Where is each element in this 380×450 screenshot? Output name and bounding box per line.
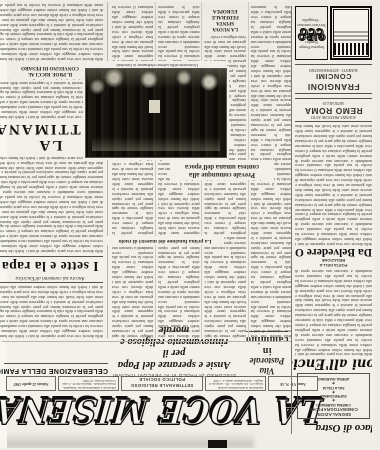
right-headline: CELEBRAZIONE DELLA FAMIGLIA CRISTIANA: [10, 367, 108, 376]
header-rule: [2, 341, 292, 342]
cinema-item: SUPERCINEMA: [300, 394, 367, 399]
body-text: della diocesi con viva parte cipazione d…: [0, 2, 103, 61]
body-text: della diocesi con viva parte cipazione d…: [295, 124, 372, 246]
sette-eyebrow: Ancora sui commenti all'Enciclica: [0, 274, 103, 280]
cinema-title-line1: SEGNALAZIONI: [300, 411, 367, 416]
bottom-ad-row: Impresa Pompe Funebri GIROCCO Servizio c…: [295, 6, 372, 60]
ad-frangioni: FRANGIONI CONCIMI SEMENTI - ANTIPARASSIT…: [295, 64, 372, 94]
photo-highlight: [92, 137, 220, 151]
ad-girocco: Impresa Pompe Funebri GIROCCO Servizio c…: [295, 6, 328, 60]
column-subhead-line2: FEDERALE EUROPEA: [212, 8, 239, 19]
rubric-line1: Vita Pastorale: [242, 356, 292, 376]
cinema-title-line2: CINEMATOGRAFICHE: [300, 407, 367, 412]
prevale-line2: contesa umana dell'epoca: [185, 163, 259, 170]
column-subhead: LA NUOVA SPINTA FEDERALE EUROPEA: [205, 7, 246, 31]
star-separator: ★: [300, 390, 367, 394]
photo-caption: Un momento della solenne celebrazione in…: [87, 61, 227, 68]
ad-girocco-bottom: Servizio continuo - Senigallia: [297, 17, 326, 27]
news-photo: [85, 68, 227, 158]
ad-girocco-name: GIROCCO: [297, 28, 326, 38]
enciclica-headline-clipped: oni all'Enciclica: [295, 356, 372, 371]
cinema-item: ARENA GIARDINO: [300, 376, 367, 381]
belvedere-eyebrow-line1: POSTA DELLA: [320, 263, 348, 268]
photo-detail: [149, 100, 160, 113]
subscription-info: Spedizione in abbonamento postale Gruppo…: [205, 376, 266, 391]
subtitle-line2: POLITICO SOCIALE: [139, 378, 185, 383]
ad-framed-box: [330, 6, 372, 60]
ad-remo-name: REMO ROMA: [295, 105, 372, 115]
masthead-infoband: Anno VI - N. 16 Spedizione in abbonament…: [6, 376, 318, 391]
star-separator: ★: [300, 381, 367, 385]
sette-feature: Ancora sui commenti all'Enciclica I sett…: [0, 256, 103, 283]
ad-text-line: [334, 31, 368, 33]
column-subhead-line1: IL PROF. RICCI AL: [28, 71, 73, 76]
ad-frangioni-name2: CONCIMI: [295, 72, 372, 82]
belvedere-eyebrow-line2: REDAZIONE: [322, 258, 346, 263]
right-headline-rule: [4, 363, 108, 364]
newspaper-scan: LA VOCE MISENA Anno VI - N. 16 Spedizion…: [0, 0, 380, 450]
paper-subtitle: SETTIMANALE RELIGIOSO POLITICO SOCIALE: [121, 376, 204, 391]
main-headline-line1: Ansie e speranze del Papa per il: [118, 348, 231, 371]
ad-text-line: [334, 39, 368, 41]
ad-logo-bars: [334, 43, 368, 55]
kicker: DISCORSO DI PAOLO VI AI VESCOVI ITALIANI: [110, 372, 238, 378]
belvedere-eyebrow: POSTA DELLA REDAZIONE: [295, 258, 372, 268]
cinema-item: SALA ITALIA: [300, 385, 367, 390]
maestri-headline: La prima funzione dei maestri di ruolo: [106, 236, 224, 245]
star-separator: ★: [300, 398, 367, 402]
newspaper-page: LA VOCE MISENA Anno VI - N. 16 Spedizion…: [0, 2, 374, 448]
ad-remo-roma: AGENZIA PRATICHE AUTO REMO ROMA SENIGALL…: [295, 98, 372, 123]
body-text: della diocesi con viva parte cipazione d…: [295, 268, 372, 356]
ostra-headline-clipped: daco di Ostra: [295, 422, 372, 434]
prevale-headline: Prevale comunque alla contesa umana dell…: [170, 160, 274, 180]
body-text: della diocesi con viva parte cipazione d…: [0, 157, 103, 253]
issue-date: Sabato 22 aprile 1967: [6, 376, 56, 391]
belvedere-headline: Da Belvedere O: [295, 246, 372, 259]
masthead-title: LA VOCE MISENA: [34, 391, 324, 429]
subtitle-line1: SETTIMANALE RELIGIOSO: [131, 383, 194, 388]
column-subhead-line2: CONVEGNO DI PESARO: [21, 65, 79, 70]
ink-mark: [208, 440, 227, 448]
feature-column: della diocesi con viva parte cipazione d…: [0, 2, 108, 338]
ad-text-line: [334, 35, 368, 37]
address-info: Direzione e Amministrazione: Senigallia,…: [58, 376, 119, 391]
column-subhead-line1: LA NUOVA SPINTA: [212, 20, 238, 31]
cinema-listings-box: SEGNALAZIONI CINEMATOGRAFICHE CINEMA GAB…: [297, 373, 370, 419]
prevale-line1: Prevale comunque alla: [189, 171, 255, 178]
ad-frangioni-name: FRANGIONI: [295, 81, 372, 91]
ad-frangioni-bottom: SEMENTI - ANTIPARASSITARI: [295, 67, 372, 72]
left-column: daco di Ostra SEGNALAZIONI CINEMATOGRAFI…: [291, 6, 372, 434]
body-text: della diocesi con viva parte cipazione d…: [0, 286, 103, 338]
sette-title: I sette e la rapa: [0, 259, 103, 274]
